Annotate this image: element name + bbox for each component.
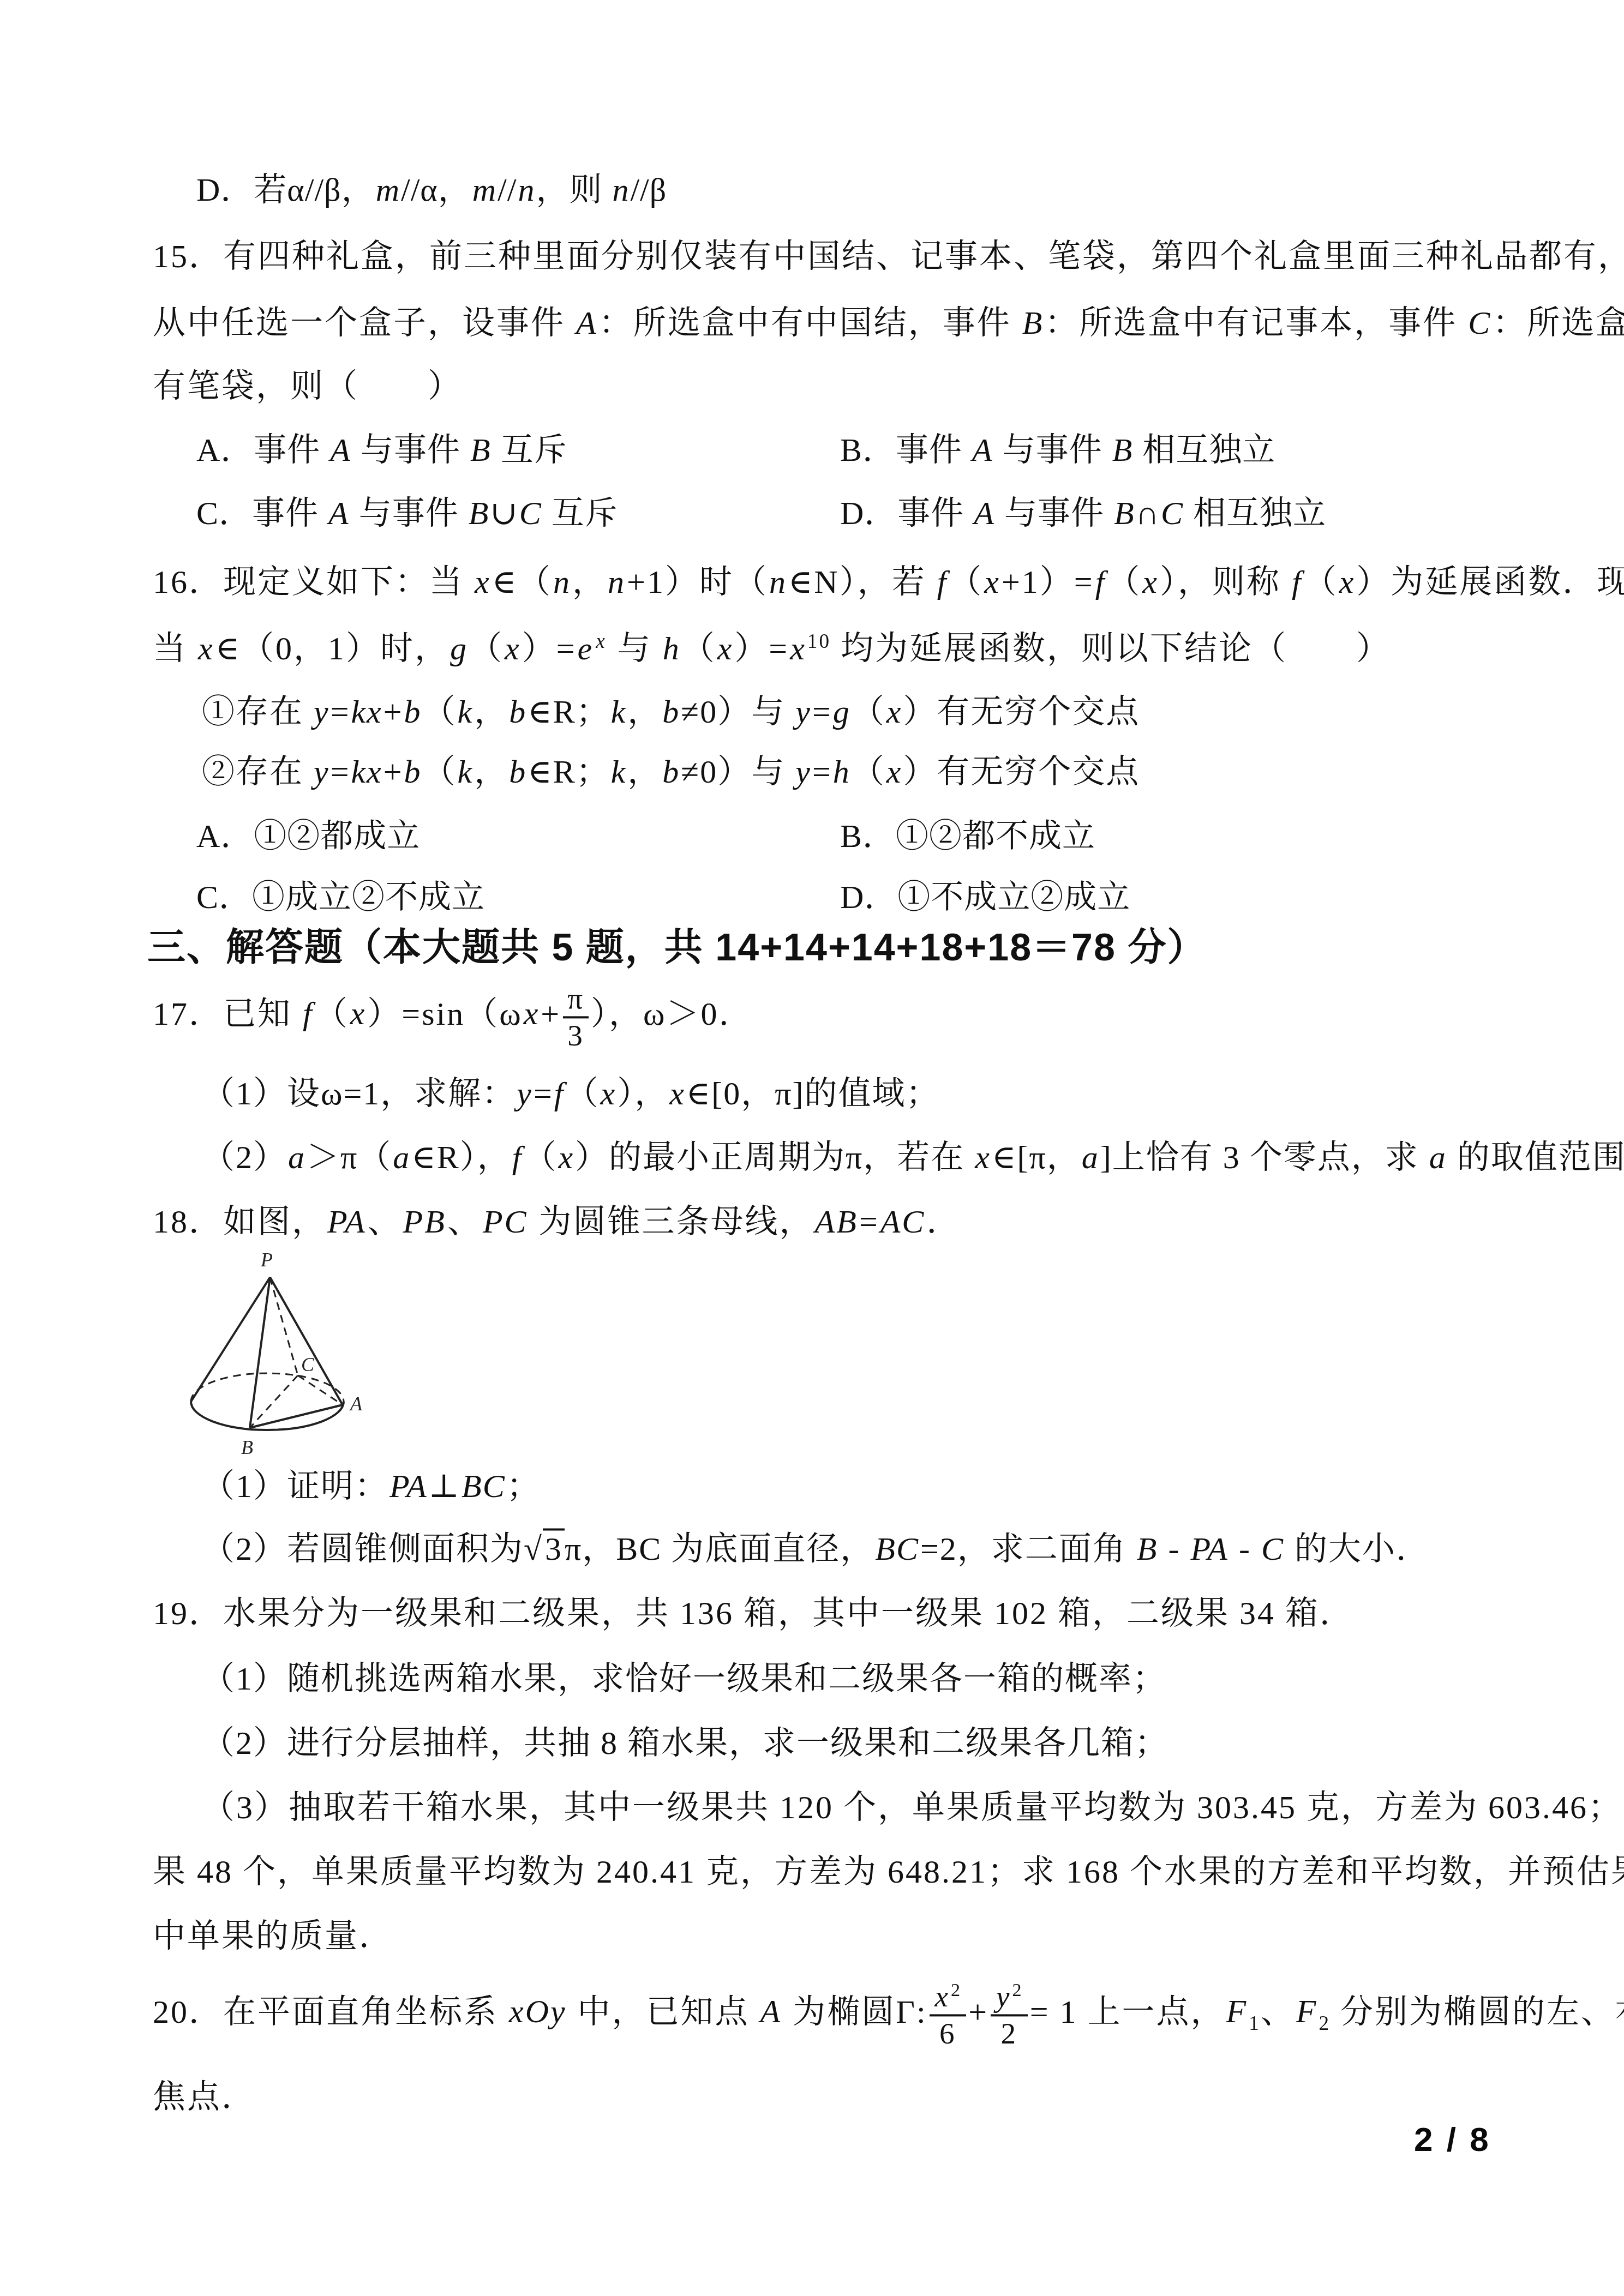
- q16-line1: 16．现定义如下：当 x∈（n，n+1）时（n∈N），若 f（x+1）=f（x）…: [153, 563, 1624, 601]
- q20-line2: 焦点．: [153, 2078, 256, 2116]
- q18-line1: 18．如图，PA、PB、PC 为圆锥三条母线，AB=AC．: [153, 1203, 961, 1241]
- q19-part3-line2: 果 48 个，单果质量平均数为 240.41 克，方差为 648.21；求 16…: [153, 1853, 1624, 1891]
- label-b: B: [241, 1436, 253, 1458]
- generatrix-pc-dashed: [270, 1277, 298, 1375]
- q15-option-c: C．事件 A 与事件 B∪C 互斥: [196, 495, 618, 532]
- section-heading: 三、解答题（本大题共 5 题，共 14+14+14+18+18＝78 分）: [147, 925, 1206, 970]
- q17-part2: （2）a＞π（a∈R），f（x）的最小正周期为π，若在 x∈[π，a]上恰有 3…: [202, 1139, 1624, 1176]
- exam-page: P C A B 2 / 8 D．若α//β，m//α，m//n，则 n//β15…: [0, 0, 1624, 2296]
- q16-statement-2: ②存在 y=kx+b（k，b∈R；k，b≠0）与 y=h（x）有无穷个交点: [202, 753, 1140, 791]
- generatrix-pb: [250, 1277, 270, 1428]
- q19-part3-line1: （3）抽取若干箱水果，其中一级果共 120 个，单果质量平均数为 303.45 …: [202, 1789, 1624, 1826]
- q15-line2: 从中任选一个盒子，设事件 A：所选盒中有中国结，事件 B：所选盒中有记事本，事件…: [153, 304, 1624, 342]
- q19-part1: （1）随机挑选两箱水果，求恰好一级果和二级果各一箱的概率；: [202, 1660, 1166, 1698]
- q16-option-b: B．①②都不成立: [840, 818, 1095, 855]
- q16-option-c: C．①成立②不成立: [196, 879, 485, 916]
- q18-part1: （1）证明：PA⊥BC；: [202, 1468, 541, 1505]
- q20-line1: 20．在平面直角坐标系 xOy 中，已知点 A 为椭圆Γ:x26+y22= 1 …: [153, 1980, 1624, 2049]
- q17-part1: （1）设ω=1，求解：y=f（x），x∈[0，π]的值域；: [202, 1075, 939, 1113]
- q15-line3: 有笔袋，则（ ）: [153, 368, 462, 405]
- q19-part3-line3: 中单果的质量．: [153, 1918, 393, 1955]
- label-a: A: [349, 1393, 363, 1415]
- q16-option-a: A．①②都成立: [196, 818, 420, 855]
- cone-base-back-arc: [191, 1373, 344, 1402]
- q18-part2: （2）若圆锥侧面积为√3π，BC 为底面直径，BC=2，求二面角 B - PA …: [202, 1530, 1430, 1568]
- q16-option-d: D．①不成立②成立: [840, 879, 1130, 916]
- label-c: C: [301, 1354, 315, 1375]
- label-p: P: [260, 1249, 273, 1271]
- cone-base-front-arc: [191, 1402, 344, 1430]
- q19-part2: （2）进行分层抽样，共抽 8 箱水果，求一级果和二级果各几箱；: [202, 1724, 1168, 1762]
- q14-option-d: D．若α//β，m//α，m//n，则 n//β: [196, 171, 667, 209]
- q16-line2: 当 x∈（0，1）时，g（x）=ex 与 h（x）=x10 均为延展函数，则以下…: [153, 630, 1391, 668]
- segment-cb-dashed: [250, 1375, 298, 1428]
- generatrix-pa: [270, 1277, 343, 1405]
- q16-statement-1: ①存在 y=kx+b（k，b∈R；k，b≠0）与 y=g（x）有无穷个交点: [202, 693, 1140, 731]
- q15-option-a: A．事件 A 与事件 B 互斥: [196, 431, 567, 469]
- q15-option-d: D．事件 A 与事件 B∩C 相互独立: [840, 495, 1326, 532]
- q19-line1: 19．水果分为一级果和二级果，共 136 箱，其中一级果 102 箱，二级果 3…: [153, 1595, 1354, 1632]
- q15-line1: 15．有四种礼盒，前三种里面分别仅装有中国结、记事本、笔袋，第四个礼盒里面三种礼…: [153, 238, 1624, 275]
- cone-left-silhouette: [191, 1277, 270, 1402]
- page-number: 2 / 8: [1414, 2120, 1491, 2159]
- q17-line1: 17．已知 f（x）=sin（ωx+π3），ω＞0．: [153, 982, 753, 1051]
- q15-option-b: B．事件 A 与事件 B 相互独立: [840, 431, 1275, 469]
- cone-figure: P C A B: [180, 1238, 371, 1478]
- chord-ba: [250, 1405, 343, 1428]
